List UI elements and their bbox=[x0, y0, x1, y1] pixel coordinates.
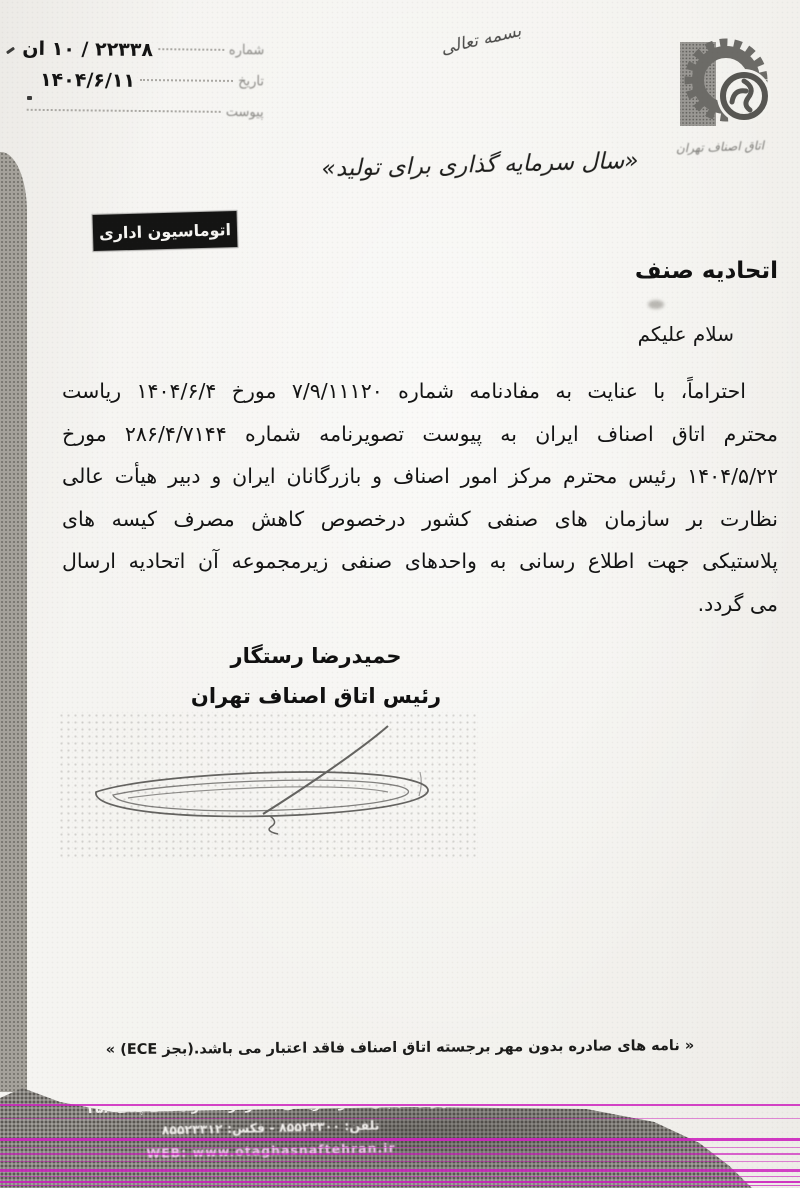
scanned-letter-page: شماره ۲۲۳۳۸ / ۱۰ ان تاریخ ۱۴۰۴/۶/۱۱ پیوس… bbox=[0, 0, 800, 1188]
handwritten-signature bbox=[58, 712, 478, 857]
body-line: محترم اتاق اصناف ایران به پیوست تصویرنام… bbox=[62, 413, 778, 456]
salutation-text: سلام علیکم bbox=[638, 322, 734, 346]
scan-smudge bbox=[648, 300, 664, 309]
footer-website: WEB: www.otaghasnaftehran.ir bbox=[18, 1137, 523, 1163]
recipient-heading: اتحادیه صنف bbox=[635, 258, 778, 284]
logo-caption: اتاق اصناف تهران bbox=[658, 138, 782, 156]
scan-speck bbox=[6, 47, 15, 55]
signer-title: رئیس اتاق اصناف تهران bbox=[148, 676, 484, 716]
body-line: احتراماً، با عنایت به مفادنامه شماره ۷/۹… bbox=[62, 370, 778, 413]
body-line: می گردد. bbox=[62, 583, 778, 626]
footer-contact-band: تهران خیابان دکتر شریعتی بالاتر از سه را… bbox=[0, 1088, 752, 1188]
dotted-line bbox=[158, 47, 224, 51]
besmele-calligraphy: بسمه تعالی bbox=[425, 18, 537, 62]
signature-scribble-icon bbox=[58, 712, 478, 857]
body-line: ۱۴۰۴/۵/۲۲ رئیس محترم مرکز امور اصناف و ب… bbox=[62, 455, 778, 498]
letter-body: احتراماً، با عنایت به مفادنامه شماره ۷/۹… bbox=[62, 370, 778, 625]
date-row: تاریخ ۱۴۰۴/۶/۱۱ bbox=[22, 64, 264, 98]
year-slogan: «سال سرمایه گذاری برای تولید» bbox=[310, 148, 651, 183]
footer-phone-fax: تلفن: ۸۵۵۲۳۳۰۰ - فکس: ۸۵۵۲۳۳۱۲ bbox=[18, 1114, 523, 1140]
guild-chamber-emblem-icon bbox=[658, 30, 782, 134]
organization-logo: اتاق اصناف تهران bbox=[658, 30, 782, 154]
attachment-row: پیوست bbox=[22, 95, 264, 129]
validity-note: « نامه های صادره بدون مهر برجسته اتاق اص… bbox=[0, 1037, 800, 1059]
ref-number-row: شماره ۲۲۳۳۸ / ۱۰ ان bbox=[22, 33, 264, 67]
office-automation-stamp: اتوماسیون اداری bbox=[93, 211, 238, 251]
attachment-label: پیوست bbox=[226, 104, 264, 120]
signature-block: حمیدرضا رستگار رئیس اتاق اصناف تهران bbox=[148, 636, 484, 716]
dotted-line bbox=[140, 77, 233, 81]
letter-reference-fields: شماره ۲۲۳۳۸ / ۱۰ ان تاریخ ۱۴۰۴/۶/۱۱ پیوس… bbox=[22, 33, 265, 129]
date-label: تاریخ bbox=[238, 74, 264, 90]
signer-name: حمیدرضا رستگار bbox=[148, 636, 484, 676]
date-value: ۱۴۰۴/۶/۱۱ bbox=[40, 68, 135, 91]
ref-number-label: شماره bbox=[229, 43, 265, 59]
footer-contact-text: تهران خیابان دکتر شریعتی بالاتر از سه را… bbox=[17, 1092, 523, 1163]
scan-edge-shadow bbox=[0, 152, 27, 1092]
body-line: پلاستیکی جهت اطلاع رسانی به واحدهای صنفی… bbox=[62, 540, 778, 583]
dotted-line bbox=[27, 107, 221, 112]
ref-number-value: ۲۲۳۳۸ / ۱۰ ان bbox=[22, 37, 153, 60]
body-line: نظارت بر سازمان های صنفی کشور درخصوص کاه… bbox=[62, 498, 778, 541]
footer-address: تهران خیابان دکتر شریعتی بالاتر از سه را… bbox=[17, 1092, 522, 1118]
